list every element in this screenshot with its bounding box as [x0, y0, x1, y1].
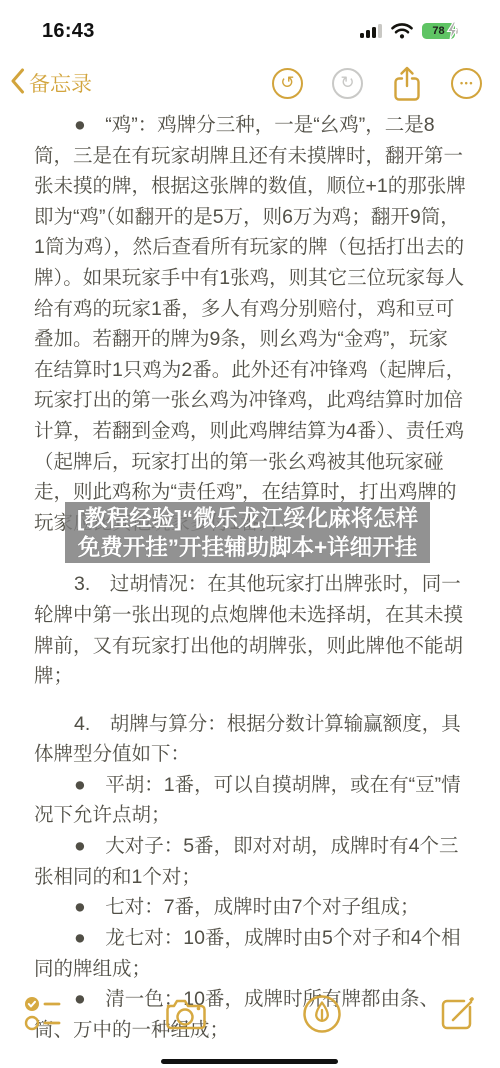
compose-button[interactable]: [436, 993, 478, 1035]
undo-button[interactable]: ↺: [272, 68, 303, 99]
note-paragraph-pinghu: ● 平胡：1番，可以自摸胡牌，或在有“豆”情况下允许点胡；: [34, 770, 466, 831]
battery-icon: 78: [422, 23, 462, 39]
banner-line-1: [教程经验]“微乐龙江绥化麻将怎样: [77, 504, 418, 533]
share-icon: [392, 65, 422, 102]
note-paragraph-chicken-rules: ● “鸡”：鸡牌分三种，一是“幺鸡”，二是8筒，三是在有玩家胡牌且还有未摸牌时，…: [34, 110, 466, 538]
bottom-toolbar: [0, 984, 500, 1044]
banner-line-2: 免费开挂”开挂辅助脚本+详细开挂: [78, 533, 417, 562]
camera-icon: [163, 995, 209, 1033]
compose-icon: [436, 993, 478, 1035]
note-paragraph-qidui: ● 七对：7番，成牌时由7个对子组成；: [34, 892, 466, 923]
status-time: 16:43: [42, 20, 95, 43]
note-paragraph-item-3: 3. 过胡情况：在其他玩家打出牌张时，同一轮牌中第一张出现的点炮牌他未选择胡，在…: [34, 569, 466, 691]
home-indicator[interactable]: [161, 1059, 338, 1065]
camera-button[interactable]: [163, 995, 209, 1033]
redo-button[interactable]: ↻: [332, 68, 363, 99]
charging-bolt-icon: [446, 22, 458, 45]
share-button[interactable]: [392, 65, 422, 102]
overlay-ad-banner: [教程经验]“微乐龙江绥化麻将怎样 免费开挂”开挂辅助脚本+详细开挂: [65, 502, 430, 563]
back-button[interactable]: 备忘录: [10, 68, 92, 99]
notes-app-screen: 16:43 78: [0, 0, 500, 1068]
undo-icon: ↺: [280, 75, 294, 92]
battery-percent: 78: [432, 25, 444, 37]
nav-bar: 备忘录 ↺ ↻ •••: [0, 56, 500, 110]
chevron-left-icon: [10, 68, 25, 99]
checklist-icon: [22, 993, 70, 1035]
status-bar: 16:43 78: [0, 0, 500, 56]
more-button[interactable]: •••: [451, 68, 482, 99]
checklist-button[interactable]: [22, 993, 70, 1035]
note-paragraph-longqidui: ● 龙七对：10番，成牌时由5个对子和4个相同的牌组成；: [34, 923, 466, 984]
cellular-signal-icon: [360, 24, 382, 38]
wifi-icon: [391, 23, 413, 39]
redo-icon: ↻: [340, 75, 354, 92]
back-label: 备忘录: [29, 68, 92, 98]
markup-pen-icon: [301, 993, 343, 1035]
note-paragraph-daduizi: ● 大对子：5番，即对对胡，成牌时有4个三张相同的和1个对；: [34, 831, 466, 892]
note-paragraph-item-4: 4. 胡牌与算分：根据分数计算输赢额度，具体牌型分值如下：: [34, 709, 466, 770]
markup-button[interactable]: [301, 993, 343, 1035]
ellipsis-icon: •••: [460, 78, 474, 88]
